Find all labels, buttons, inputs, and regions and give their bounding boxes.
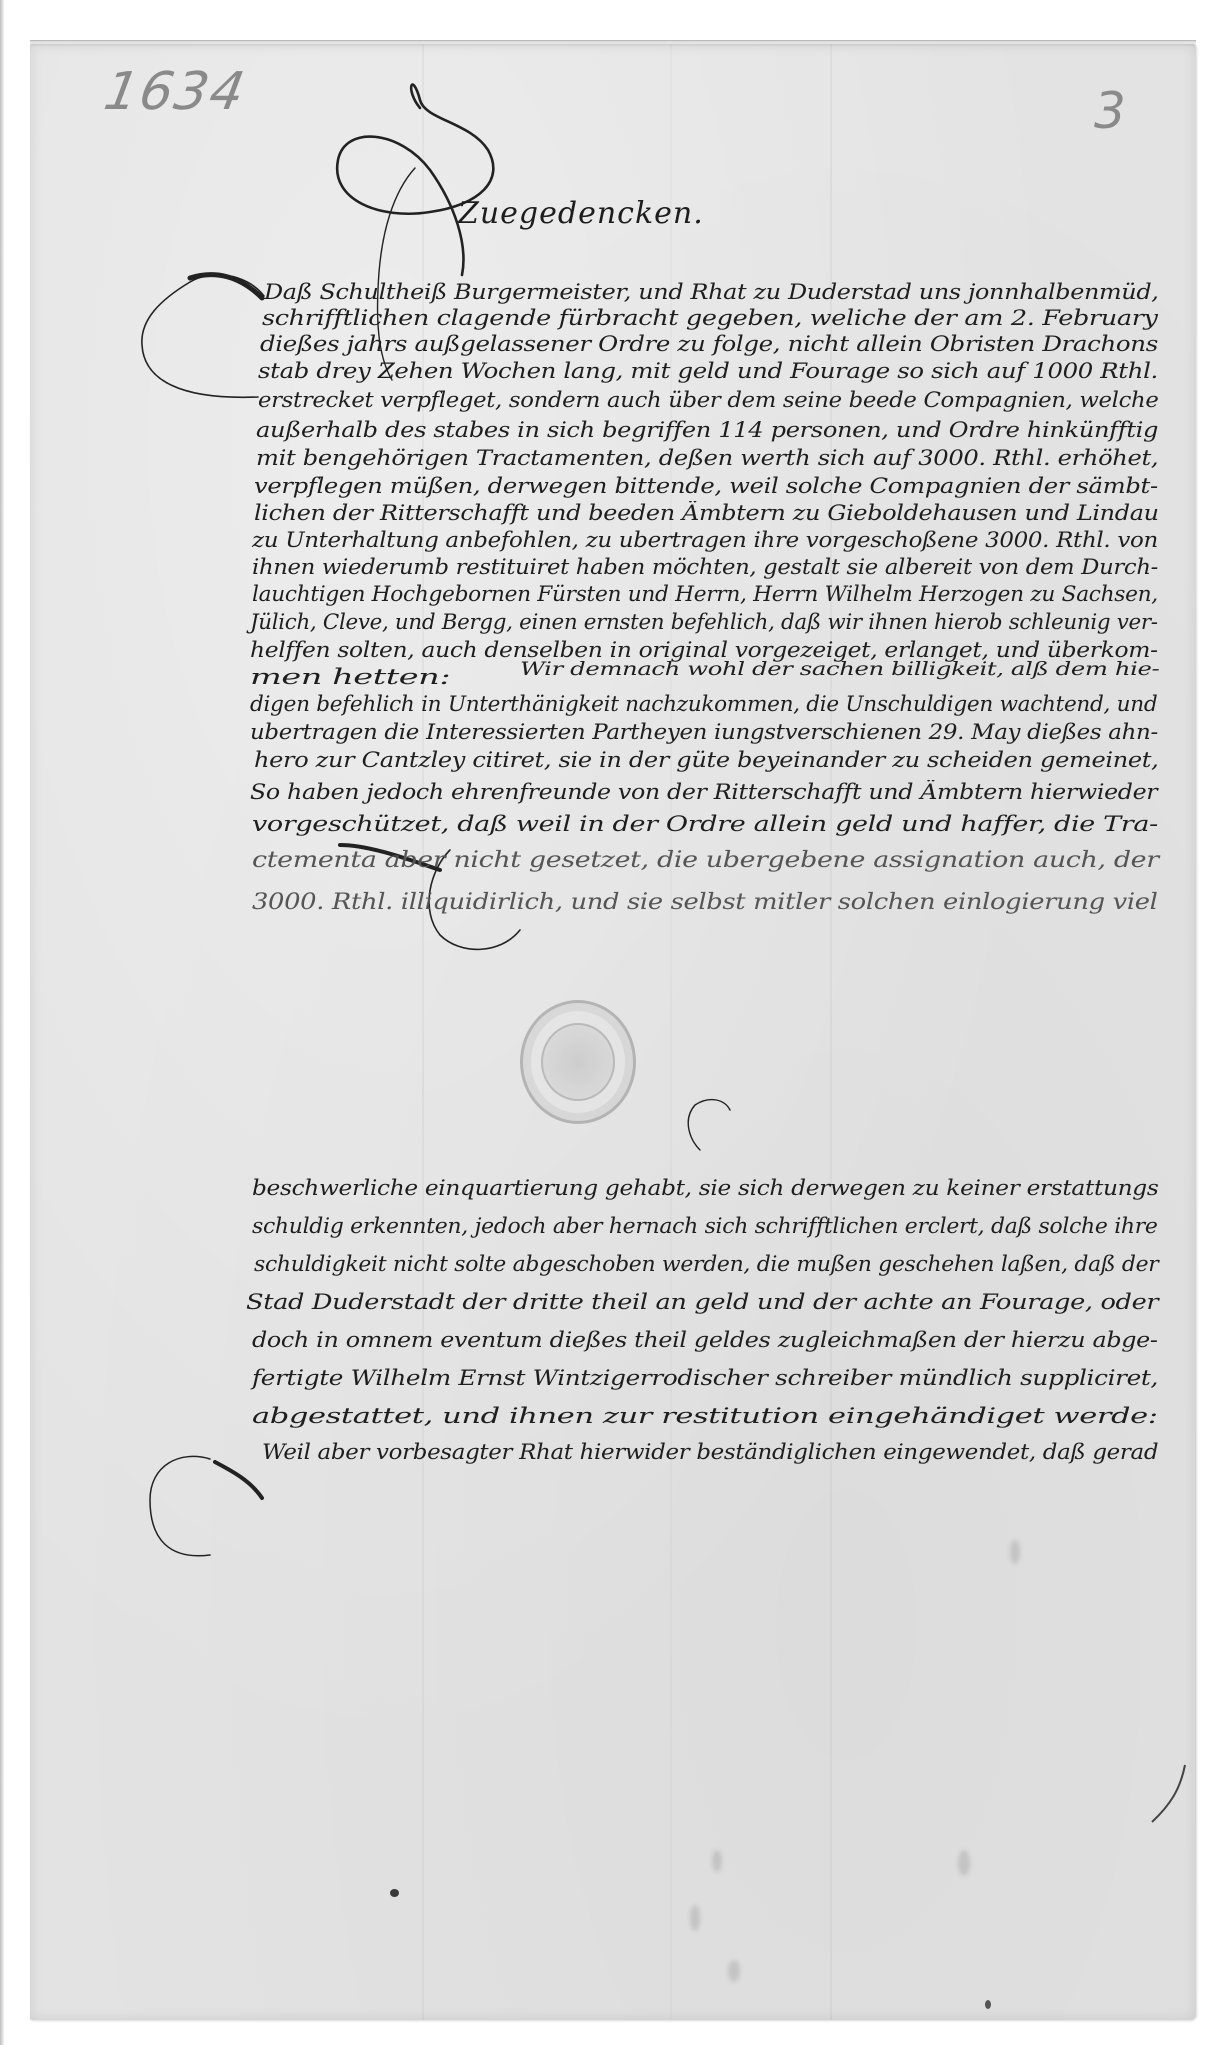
manuscript-line: schrifftlichen clagende fürbracht gegebe… [262, 306, 1158, 330]
manuscript-line: stab drey Zehen Wochen lang, mit geld un… [258, 359, 1158, 383]
manuscript-line: digen befehlich in Unterthänigkeit nachz… [250, 692, 1157, 716]
manuscript-line: ubertragen die Interessierten Partheyen … [250, 720, 1158, 744]
ink-spot [985, 2000, 991, 2009]
manuscript-line: men hetten: [250, 665, 450, 689]
manuscript-line: 3000. Rthl. illiquidirlich, und sie selb… [252, 890, 1158, 915]
manuscript-line: abgestattet, und ihnen zur restitution e… [252, 1404, 1158, 1428]
interlinear-insertion: Wir demnach wohl der sachen billigkeit, … [520, 658, 1159, 680]
manuscript-line: mit bengehörigen Tractamenten, deßen wer… [256, 446, 1158, 470]
manuscript-line: lichen der Ritterschafft und beeden Ämbt… [254, 501, 1159, 525]
paper-stain [728, 1960, 740, 1982]
manuscript-line: verpflegen müßen, derwegen bittende, wei… [254, 474, 1158, 498]
manuscript-line: ihnen wiederumb restituiret haben möchte… [252, 555, 1158, 579]
manuscript-line: Stad Duderstadt der dritte theil an geld… [246, 1290, 1158, 1314]
manuscript-line: zu Unterhaltung anbefohlen, zu ubertrage… [252, 528, 1158, 552]
manuscript-line: Daß Schultheiß Burgermeister, und Rhat z… [264, 280, 1159, 304]
manuscript-line: schuldigkeit nicht solte abgeschoben wer… [254, 1252, 1158, 1276]
paper-stain [1010, 1540, 1020, 1564]
manuscript-line: erstrecket verpfleget, sondern auch über… [258, 388, 1158, 412]
manuscript-line: lauchtigen Hochgebornen Fürsten und Herr… [252, 582, 1158, 606]
archive-stamp [520, 1000, 636, 1124]
folio-number: 3 [1094, 82, 1126, 140]
stamp-emblem-icon [541, 1023, 615, 1101]
manuscript-line: dießes jahrs außgelassener Ordre zu folg… [260, 332, 1158, 356]
manuscript-line: Jülich, Cleve, und Bergg, einen ernsten … [250, 610, 1158, 634]
manuscript-line: ctementa aber nicht gesetzet, die uberge… [252, 848, 1159, 873]
manuscript-line: fertigte Wilhelm Ernst Wintzigerrodische… [252, 1366, 1158, 1390]
manuscript-line: Weil aber vorbesagter Rhat hierwider bes… [262, 1440, 1158, 1464]
ink-spot [390, 1889, 399, 1897]
manuscript-line: außerhalb des stabes in sich begriffen 1… [256, 418, 1158, 442]
paper-stain [712, 1850, 722, 1872]
manuscript-line: beschwerliche einquartierung gehabt, sie… [252, 1176, 1158, 1200]
archive-annotation: 1634 [100, 62, 251, 122]
paper-stain [958, 1850, 970, 1876]
manuscript-line: vorgeschützet, daß weil in der Ordre all… [252, 812, 1158, 836]
manuscript-line: schuldig erkennten, jedoch aber hernach … [252, 1214, 1158, 1238]
manuscript-line: hero zur Cantzley citiret, sie in der gü… [254, 748, 1158, 772]
scan-edge [0, 0, 4, 2045]
manuscript-line: So haben jedoch ehrenfreunde von der Rit… [250, 780, 1157, 804]
manuscript-line: doch in omnem eventum dießes theil gelde… [252, 1328, 1158, 1352]
document-heading: Zuegedencken. [458, 196, 704, 231]
paper-stain [690, 1905, 700, 1931]
